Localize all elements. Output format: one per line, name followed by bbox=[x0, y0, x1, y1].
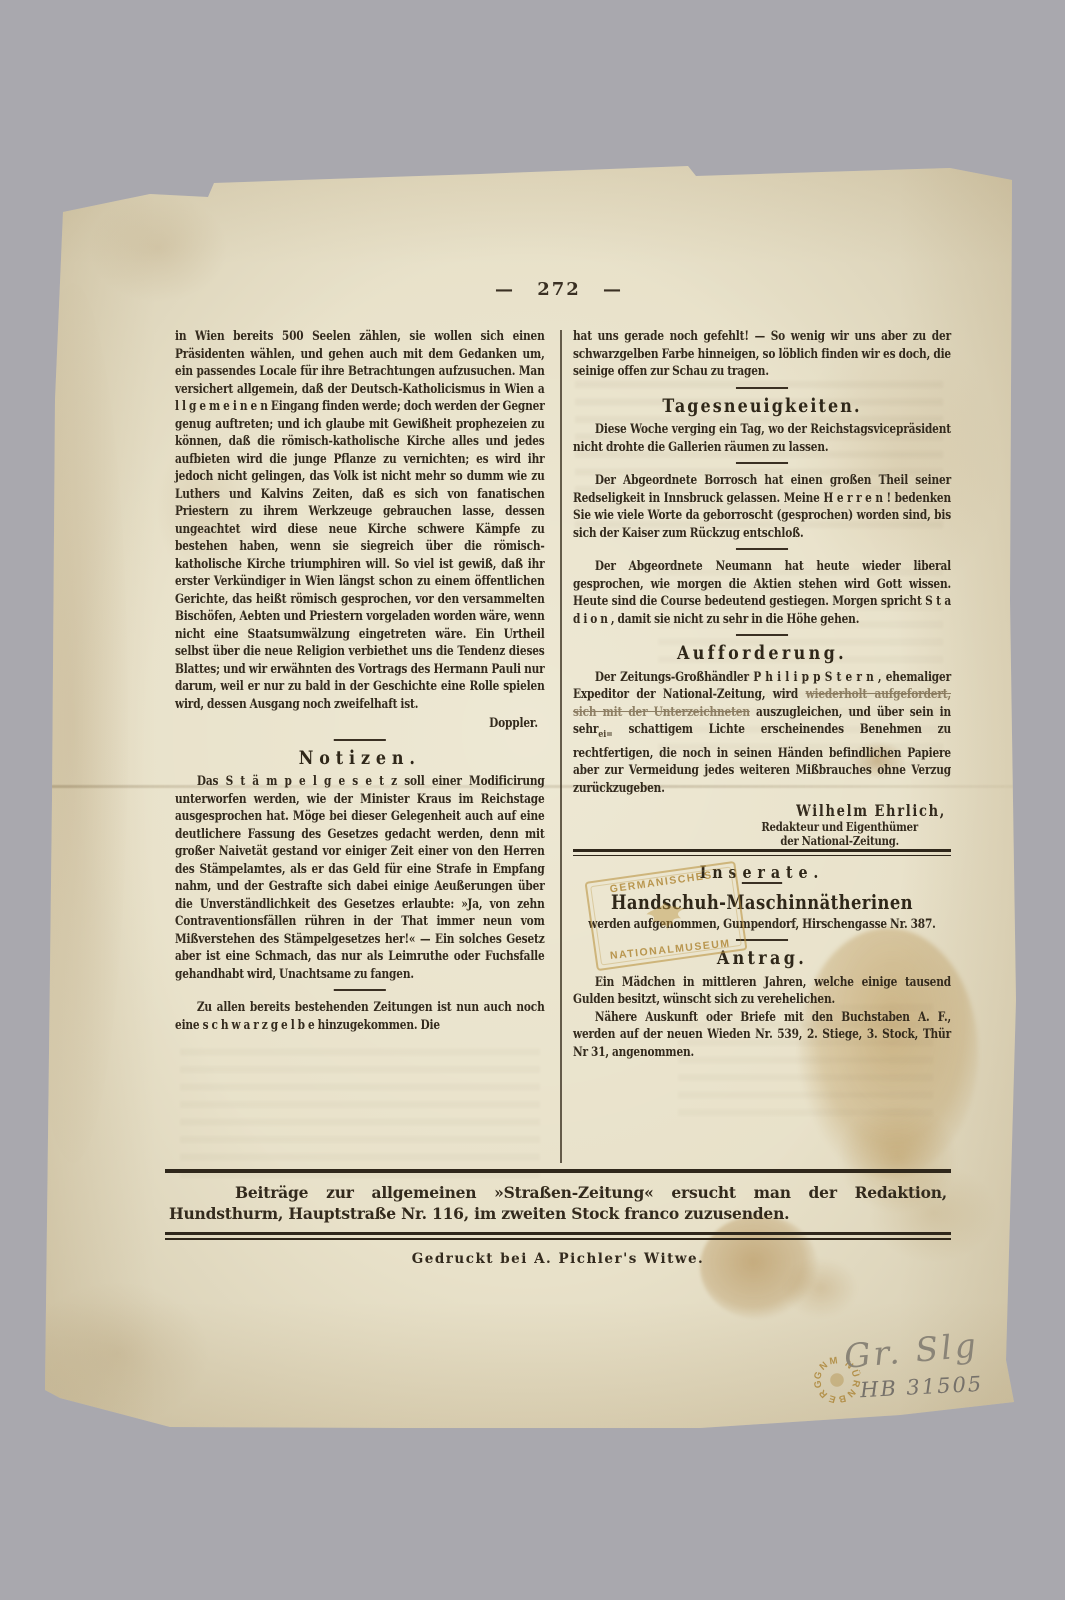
page-number: — 272 — bbox=[175, 279, 943, 300]
footer-notice: Beiträge zur allgemeinen »Straßen-Zeitun… bbox=[169, 1182, 947, 1224]
section-separator-rule bbox=[736, 387, 788, 389]
bleedthrough-patch bbox=[180, 1043, 540, 1178]
ad-text-handschuh: werden aufgenommen, Gumpendorf, Hirschen… bbox=[573, 915, 951, 933]
news-item: Diese Woche verging ein Tag, wo der Reic… bbox=[573, 420, 951, 455]
ad-text-antrag-1: Ein Mädchen in mittleren Jahren, welche … bbox=[573, 973, 951, 1008]
section-title-aufforderung: Aufforderung. bbox=[573, 645, 951, 663]
scanned-newspaper-photo: { "page_number_display": "— 272 —", "lef… bbox=[0, 0, 1065, 1600]
section-separator-rule bbox=[736, 634, 788, 636]
left-column: in Wien bereits 500 Seelen zählen, sie w… bbox=[175, 327, 545, 1035]
article-continuation-paragraph: hat uns gerade noch gefehlt! — So wenig … bbox=[573, 327, 951, 380]
section-separator-rule bbox=[736, 939, 788, 941]
stain-left-edge bbox=[18, 283, 128, 1163]
article-continuation-paragraph: in Wien bereits 500 Seelen zählen, sie w… bbox=[175, 327, 545, 712]
right-column: hat uns gerade noch gefehlt! — So wenig … bbox=[573, 327, 951, 1062]
section-title-inserate: Inserate. bbox=[573, 865, 951, 883]
newspaper-page: — 272 — in Wien bereits 500 Seelen zähle… bbox=[38, 163, 1016, 1428]
author-signature: Doppler. bbox=[175, 714, 545, 732]
footer-rule-top bbox=[165, 1169, 951, 1173]
damage-text-fragment: ei= bbox=[598, 729, 612, 740]
section-separator-rule bbox=[334, 989, 386, 991]
section-separator-rule bbox=[736, 462, 788, 464]
footer-rule-bottom bbox=[165, 1232, 951, 1240]
section-separator-rule bbox=[334, 739, 386, 741]
notizen-paragraph: Das S t ä m p e l g e s e t z soll einer… bbox=[175, 772, 545, 982]
printer-imprint: Gedruckt bei A. Pichler's Witwe. bbox=[165, 1251, 951, 1267]
ad-text-antrag-2: Nähere Auskunft oder Briefe mit den Buch… bbox=[573, 1008, 951, 1061]
news-item: Der Abgeordnete Neumann hat heute wieder… bbox=[573, 557, 951, 627]
signature-role: Redakteur und Eigenthümer bbox=[728, 820, 951, 835]
page-footer: Beiträge zur allgemeinen »Straßen-Zeitun… bbox=[165, 1169, 951, 1267]
column-divider-rule bbox=[560, 330, 562, 1163]
aufforderung-paragraph: Der Zeitungs-Großhändler P h i l i p p S… bbox=[573, 668, 951, 797]
stain-blotch-small bbox=[783, 1258, 858, 1318]
news-item: Der Abgeordnete Borrosch hat einen große… bbox=[573, 471, 951, 541]
closing-paragraph: Zu allen bereits bestehenden Zeitungen i… bbox=[175, 998, 545, 1033]
pencil-inventory-number: HB 31505 bbox=[859, 1372, 983, 1402]
inserate-double-rule bbox=[573, 849, 951, 856]
pencil-collection-mark: Gr. Slg bbox=[843, 1325, 981, 1376]
aufforderung-conclusion: schattigem Lichte erscheinendes Benehmen… bbox=[573, 721, 951, 795]
section-title-notizen: Notizen. bbox=[175, 750, 545, 768]
ad-title-antrag: Antrag. bbox=[573, 950, 951, 968]
signature-block: Wilhelm Ehrlich, Redakteur und Eigenthüm… bbox=[728, 802, 951, 849]
ad-title-handschuh: Handschuh-Maschinnätherinen bbox=[573, 894, 951, 912]
signature-name: Wilhelm Ehrlich, bbox=[728, 802, 951, 820]
stain-bottom-left bbox=[28, 1283, 208, 1423]
signature-organization: der National-Zeitung. bbox=[728, 834, 951, 849]
section-separator-rule bbox=[736, 548, 788, 550]
section-title-tagesneuigkeiten: Tagesneuigkeiten. bbox=[573, 398, 951, 416]
